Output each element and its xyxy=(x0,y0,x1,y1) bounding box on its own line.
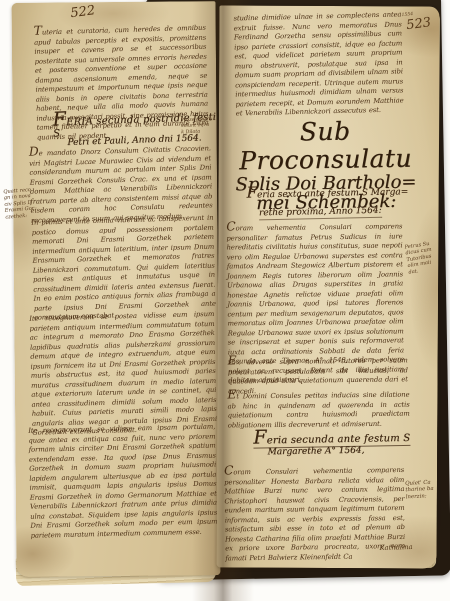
swash-initial: F xyxy=(246,183,257,201)
paragraph-initial: C xyxy=(226,219,235,233)
paragraph-initial: C xyxy=(224,463,233,477)
heading-line-2: Margarethe A° 1564, xyxy=(267,445,410,457)
manuscript-photo: 522 Tuteria et curatoria, cum heredes de… xyxy=(0,0,450,601)
section-heading-line-1: Sub Proconsulatu xyxy=(218,116,433,175)
feria-heading-right: Feria secunda ante festum S Margarethe A… xyxy=(253,431,410,458)
paragraph-text: e mandato Dnorz Consulum Civitatis Craco… xyxy=(29,144,213,224)
heading-text: eria secunda ante festum S xyxy=(267,433,411,447)
top-continuation-paragraph: studine dimidiae ulnae in se complectens… xyxy=(233,10,404,119)
left-paragraph-2: De mandato Dnorz Consulum Civitatis Crac… xyxy=(29,143,213,225)
page-number-right: 523 xyxy=(405,15,432,33)
subheading-line-2: rethe proxima, Anno 1564: xyxy=(259,206,382,221)
left-paragraph-3: In primis et ante omnia viderunt ac cons… xyxy=(31,214,216,324)
paragraph-initial: E xyxy=(228,353,237,367)
left-margin-note: Quatt reco gn in nova civ Splis D Erasmi… xyxy=(3,186,41,220)
paragraph-initial: T xyxy=(34,23,42,37)
margin-note-petrus: Petrus Su dicus cum Tutoribus olim maii … xyxy=(404,240,437,275)
margin-note-quietatio: Quiet' Ca tharine ba lnerzin: xyxy=(405,479,437,500)
left-paragraph-4: Ite recognoverunt se postea vidisse eum … xyxy=(29,310,217,438)
left-paragraph-5: Ite recognoverunt se vidisse eam ipsam p… xyxy=(28,423,218,541)
date-subheading: Feria sexta ante festum S Marga= rethe p… xyxy=(247,186,409,220)
paragraph-initial: D xyxy=(29,144,39,158)
heading-margin-note: Proze contra volunt infra k Dilata xyxy=(181,116,214,135)
right-page: 1554 523 studine dimidiae ulnae in se co… xyxy=(217,5,440,568)
subheading-text: eria sexta ante festum S Marga= xyxy=(257,187,408,200)
left-page: 522 Tuteria et curatoria, cum heredes de… xyxy=(11,1,220,577)
swash-initial: F xyxy=(253,426,267,448)
paragraph-text: t Domini Consules petitas inducias sine … xyxy=(228,391,410,429)
paragraph-initial: E xyxy=(227,387,236,401)
page-number-left: 522 xyxy=(70,3,97,21)
swash-initial: F xyxy=(52,108,66,130)
paragraph-et-domini: Et Domini Consules petitas inducias sine… xyxy=(227,390,409,431)
subheading-line-1: Feria sexta ante festum S Marga= xyxy=(247,186,409,200)
